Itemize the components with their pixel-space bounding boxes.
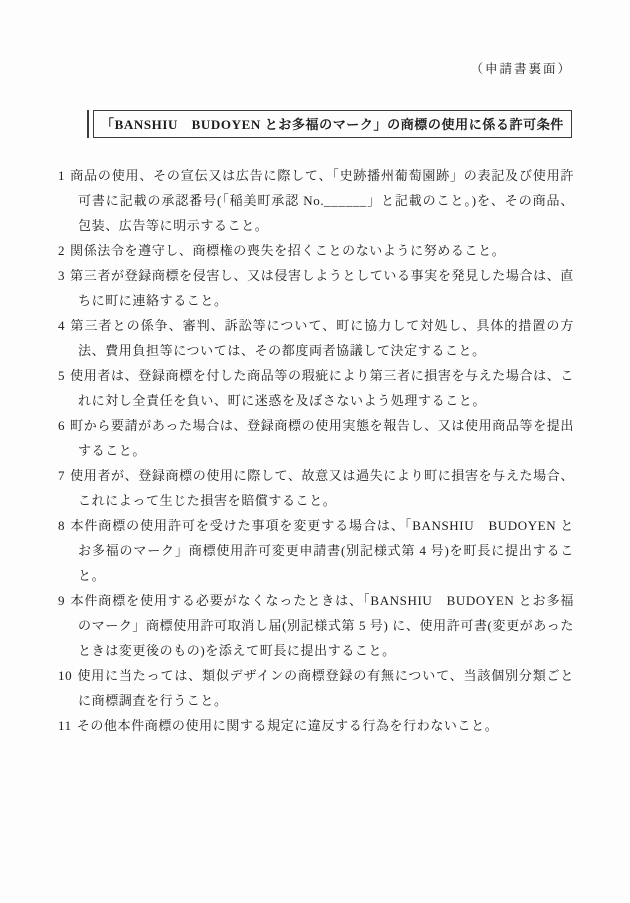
item-text: 商品の使用、その宣伝又は広告に際して、「史跡播州葡萄園跡」の表記及び使用許可書に… xyxy=(70,168,574,233)
condition-item: 2関係法令を遵守し、商標権の喪失を招くことのないように努めること。 xyxy=(58,238,574,263)
condition-item: 10使用に当たっては、類似デザインの商標登録の有無について、当該個別分類ごとに商… xyxy=(58,663,574,713)
item-number: 10 xyxy=(58,668,72,683)
condition-item: 5使用者は、登録商標を付した商品等の瑕疵により第三者に損害を与えた場合は、これに… xyxy=(58,363,574,413)
condition-item: 7使用者が、登録商標の使用に際して、故意又は過失により町に損害を与えた場合、これ… xyxy=(58,463,574,513)
conditions-list: 1商品の使用、その宣伝又は広告に際して、「史跡播州葡萄園跡」の表記及び使用許可書… xyxy=(58,163,574,738)
item-number: 11 xyxy=(58,718,72,733)
item-text: 使用者が、登録商標の使用に際して、故意又は過失により町に損害を与えた場合、これに… xyxy=(70,468,574,508)
item-number: 3 xyxy=(58,268,65,283)
condition-item: 4第三者との係争、審判、訴訟等について、町に協力して対処し、具体的措置の方法、費… xyxy=(58,313,574,363)
condition-item: 9本件商標を使用する必要がなくなったときは、「BANSHIU BUDOYEN と… xyxy=(58,588,574,663)
item-text: 本件商標を使用する必要がなくなったときは、「BANSHIU BUDOYEN とお… xyxy=(70,593,574,658)
condition-item: 1商品の使用、その宣伝又は広告に際して、「史跡播州葡萄園跡」の表記及び使用許可書… xyxy=(58,163,574,238)
item-text: 第三者との係争、審判、訴訟等について、町に協力して対処し、具体的措置の方法、費用… xyxy=(70,318,574,358)
condition-item: 11その他本件商標の使用に関する規定に違反する行為を行わないこと。 xyxy=(58,713,574,738)
document-title: 「BANSHIU BUDOYEN とお多福のマーク」の商標の使用に係る許可条件 xyxy=(93,110,572,138)
item-text: 関係法令を遵守し、商標権の喪失を招くことのないように努めること。 xyxy=(70,243,505,258)
title-box: 「BANSHIU BUDOYEN とお多福のマーク」の商標の使用に係る許可条件 xyxy=(87,110,572,138)
condition-item: 6町から要請があった場合は、登録商標の使用実態を報告し、又は使用商品等を提出する… xyxy=(58,413,574,463)
item-number: 4 xyxy=(58,318,65,333)
item-text: 第三者が登録商標を侵害し、又は侵害しようとしている事実を発見した場合は、直ちに町… xyxy=(70,268,574,308)
corner-note: （申請書裏面） xyxy=(470,59,572,77)
item-text: 使用者は、登録商標を付した商品等の瑕疵により第三者に損害を与えた場合は、これに対… xyxy=(70,368,574,408)
item-text: その他本件商標の使用に関する規定に違反する行為を行わないこと。 xyxy=(77,718,499,733)
item-number: 6 xyxy=(58,418,65,433)
condition-item: 3第三者が登録商標を侵害し、又は侵害しようとしている事実を発見した場合は、直ちに… xyxy=(58,263,574,313)
item-text: 町から要請があった場合は、登録商標の使用実態を報告し、又は使用商品等を提出するこ… xyxy=(70,418,574,458)
item-number: 8 xyxy=(58,518,65,533)
item-text: 使用に当たっては、類似デザインの商標登録の有無について、当該個別分類ごとに商標調… xyxy=(77,668,574,708)
item-text: 本件商標の使用許可を受けた事項を変更する場合は、「BANSHIU BUDOYEN… xyxy=(70,518,574,583)
document-page: （申請書裏面） 「BANSHIU BUDOYEN とお多福のマーク」の商標の使用… xyxy=(0,0,630,903)
item-number: 5 xyxy=(58,368,65,383)
item-number: 2 xyxy=(58,243,65,258)
condition-item: 8本件商標の使用許可を受けた事項を変更する場合は、「BANSHIU BUDOYE… xyxy=(58,513,574,588)
item-number: 9 xyxy=(58,593,65,608)
item-number: 7 xyxy=(58,468,65,483)
item-number: 1 xyxy=(58,168,65,183)
